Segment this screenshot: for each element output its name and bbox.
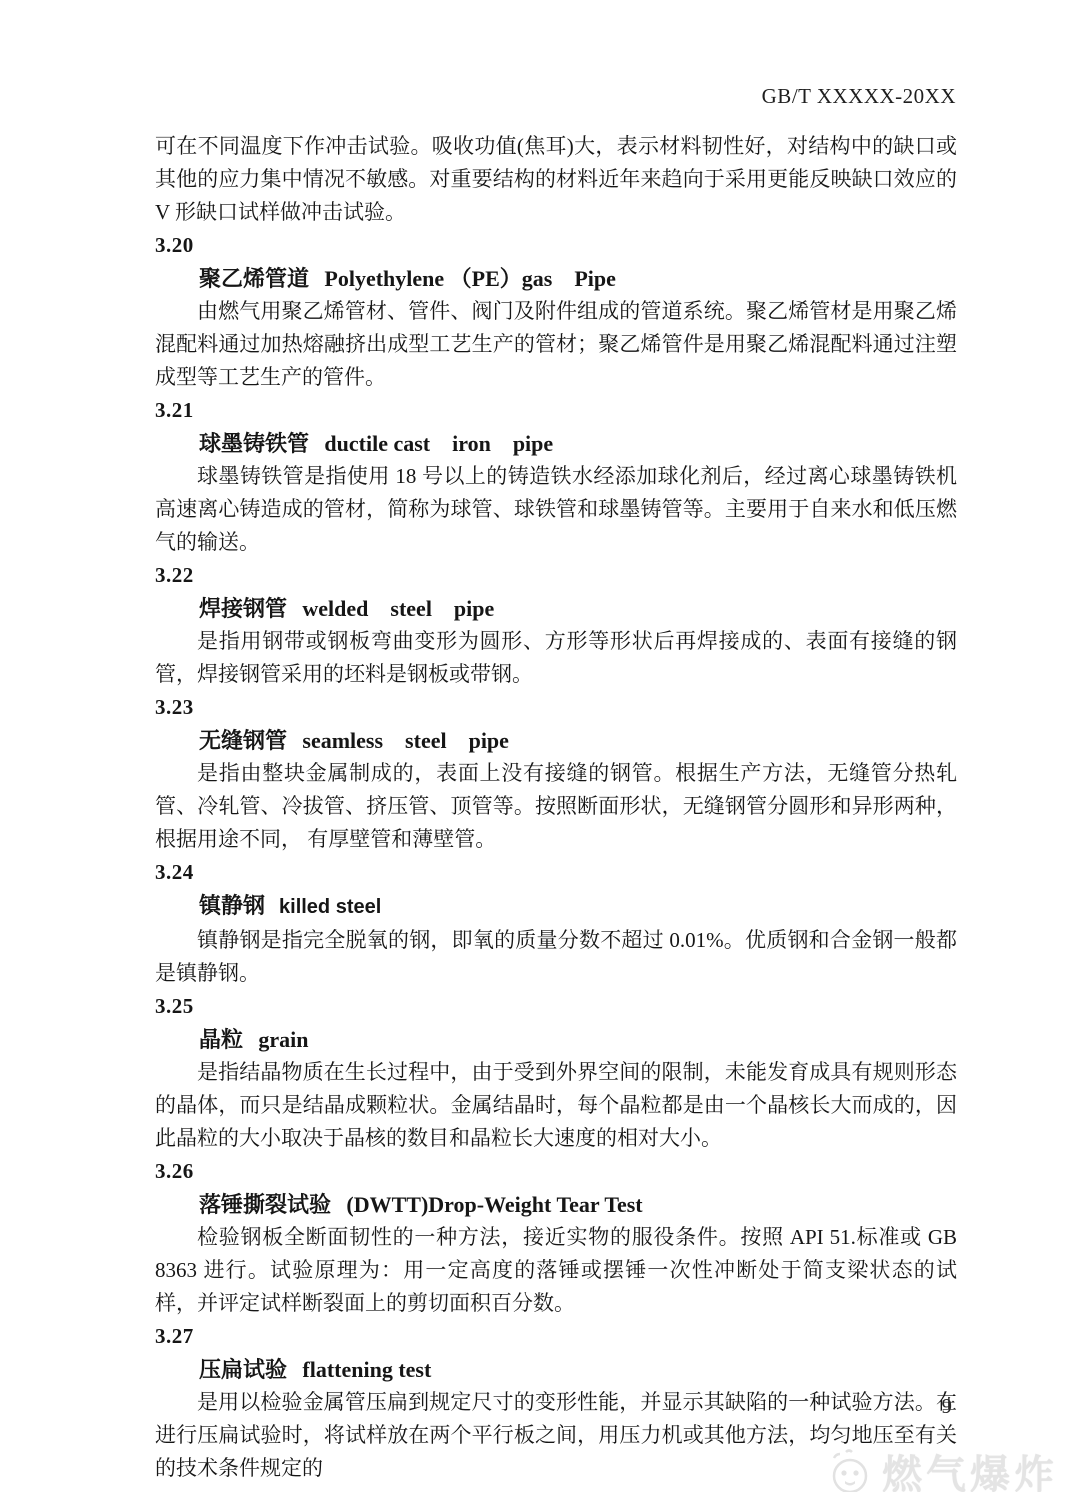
term-english: welded steel pipe <box>302 596 494 621</box>
section-3-26: 3.26 落锤撕裂试验(DWTT)Drop-Weight Tear Test 检… <box>155 1155 957 1320</box>
term-english: (DWTT)Drop-Weight Tear Test <box>346 1192 642 1217</box>
section-number: 3.26 <box>155 1155 957 1188</box>
section-number: 3.23 <box>155 691 957 724</box>
section-3-23: 3.23 无缝钢管seamless steel pipe 是指由整块金属制成的，… <box>155 691 957 856</box>
section-heading: 无缝钢管seamless steel pipe <box>155 724 957 757</box>
section-paragraph: 是指由整块金属制成的，表面上没有接缝的钢管。根据生产方法，无缝管分热轧管、冷轧管… <box>155 757 957 856</box>
section-number: 3.20 <box>155 229 957 262</box>
mascot-face-icon <box>826 1446 874 1492</box>
term-chinese: 镇静钢 <box>199 893 265 918</box>
section-paragraph: 球墨铸铁管是指使用 18 号以上的铸造铁水经添加球化剂后，经过离心球墨铸铁机高速… <box>155 460 957 559</box>
page-number: 9 <box>942 1394 953 1419</box>
watermark: 燃气爆炸 <box>826 1443 1058 1492</box>
term-chinese: 球墨铸铁管 <box>199 431 309 456</box>
term-chinese: 焊接钢管 <box>199 596 287 621</box>
section-heading: 焊接钢管welded steel pipe <box>155 592 957 625</box>
section-number: 3.22 <box>155 559 957 592</box>
term-chinese: 落锤撕裂试验 <box>199 1192 331 1217</box>
section-heading: 落锤撕裂试验(DWTT)Drop-Weight Tear Test <box>155 1188 957 1221</box>
section-heading: 聚乙烯管道Polyethylene （PE）gas Pipe <box>155 262 957 295</box>
term-english: Polyethylene （PE）gas Pipe <box>324 266 615 291</box>
term-english: ductile cast iron pipe <box>324 431 553 456</box>
term-english: seamless steel pipe <box>302 728 509 753</box>
term-chinese: 无缝钢管 <box>199 728 287 753</box>
page-header: GB/T XXXXX-20XX <box>762 84 956 109</box>
section-number: 3.25 <box>155 990 957 1023</box>
section-paragraph: 检验钢板全断面韧性的一种方法，接近实物的服役条件。按照 API 51.标准或 G… <box>155 1221 957 1320</box>
section-heading: 晶粒grain <box>155 1023 957 1056</box>
term-english: flattening test <box>302 1357 431 1382</box>
section-heading: 球墨铸铁管ductile cast iron pipe <box>155 427 957 460</box>
section-paragraph: 镇静钢是指完全脱氧的钢，即氧的质量分数不超过 0.01%。优质钢和合金钢一般都是… <box>155 924 957 990</box>
term-chinese: 聚乙烯管道 <box>199 266 309 291</box>
document-body: 可在不同温度下作冲击试验。吸收功值(焦耳)大，表示材料韧性好，对结构中的缺口或其… <box>155 130 957 1485</box>
term-english: grain <box>258 1027 308 1052</box>
intro-paragraph: 可在不同温度下作冲击试验。吸收功值(焦耳)大，表示材料韧性好，对结构中的缺口或其… <box>155 130 957 229</box>
term-chinese: 压扁试验 <box>199 1357 287 1382</box>
section-number: 3.24 <box>155 856 957 889</box>
section-heading: 压扁试验flattening test <box>155 1353 957 1386</box>
term-english: killed steel <box>279 896 381 918</box>
section-3-21: 3.21 球墨铸铁管ductile cast iron pipe 球墨铸铁管是指… <box>155 394 957 559</box>
document-page: GB/T XXXXX-20XX 可在不同温度下作冲击试验。吸收功值(焦耳)大，表… <box>0 0 1080 1492</box>
section-heading: 镇静钢killed steel <box>155 889 957 924</box>
standard-number: GB/T XXXXX-20XX <box>762 84 956 108</box>
section-paragraph: 是指结晶物质在生长过程中，由于受到外界空间的限制，未能发育成具有规则形态的晶体，… <box>155 1056 957 1155</box>
section-number: 3.27 <box>155 1320 957 1353</box>
watermark-text: 燃气爆炸 <box>882 1443 1058 1492</box>
section-number: 3.21 <box>155 394 957 427</box>
term-chinese: 晶粒 <box>199 1027 243 1052</box>
section-3-22: 3.22 焊接钢管welded steel pipe 是指用钢带或钢板弯曲变形为… <box>155 559 957 691</box>
section-3-20: 3.20 聚乙烯管道Polyethylene （PE）gas Pipe 由燃气用… <box>155 229 957 394</box>
section-3-24: 3.24 镇静钢killed steel 镇静钢是指完全脱氧的钢，即氧的质量分数… <box>155 856 957 990</box>
section-3-25: 3.25 晶粒grain 是指结晶物质在生长过程中，由于受到外界空间的限制，未能… <box>155 990 957 1155</box>
section-paragraph: 由燃气用聚乙烯管材、管件、阀门及附件组成的管道系统。聚乙烯管材是用聚乙烯混配料通… <box>155 295 957 394</box>
section-paragraph: 是指用钢带或钢板弯曲变形为圆形、方形等形状后再焊接成的、表面有接缝的钢管，焊接钢… <box>155 625 957 691</box>
